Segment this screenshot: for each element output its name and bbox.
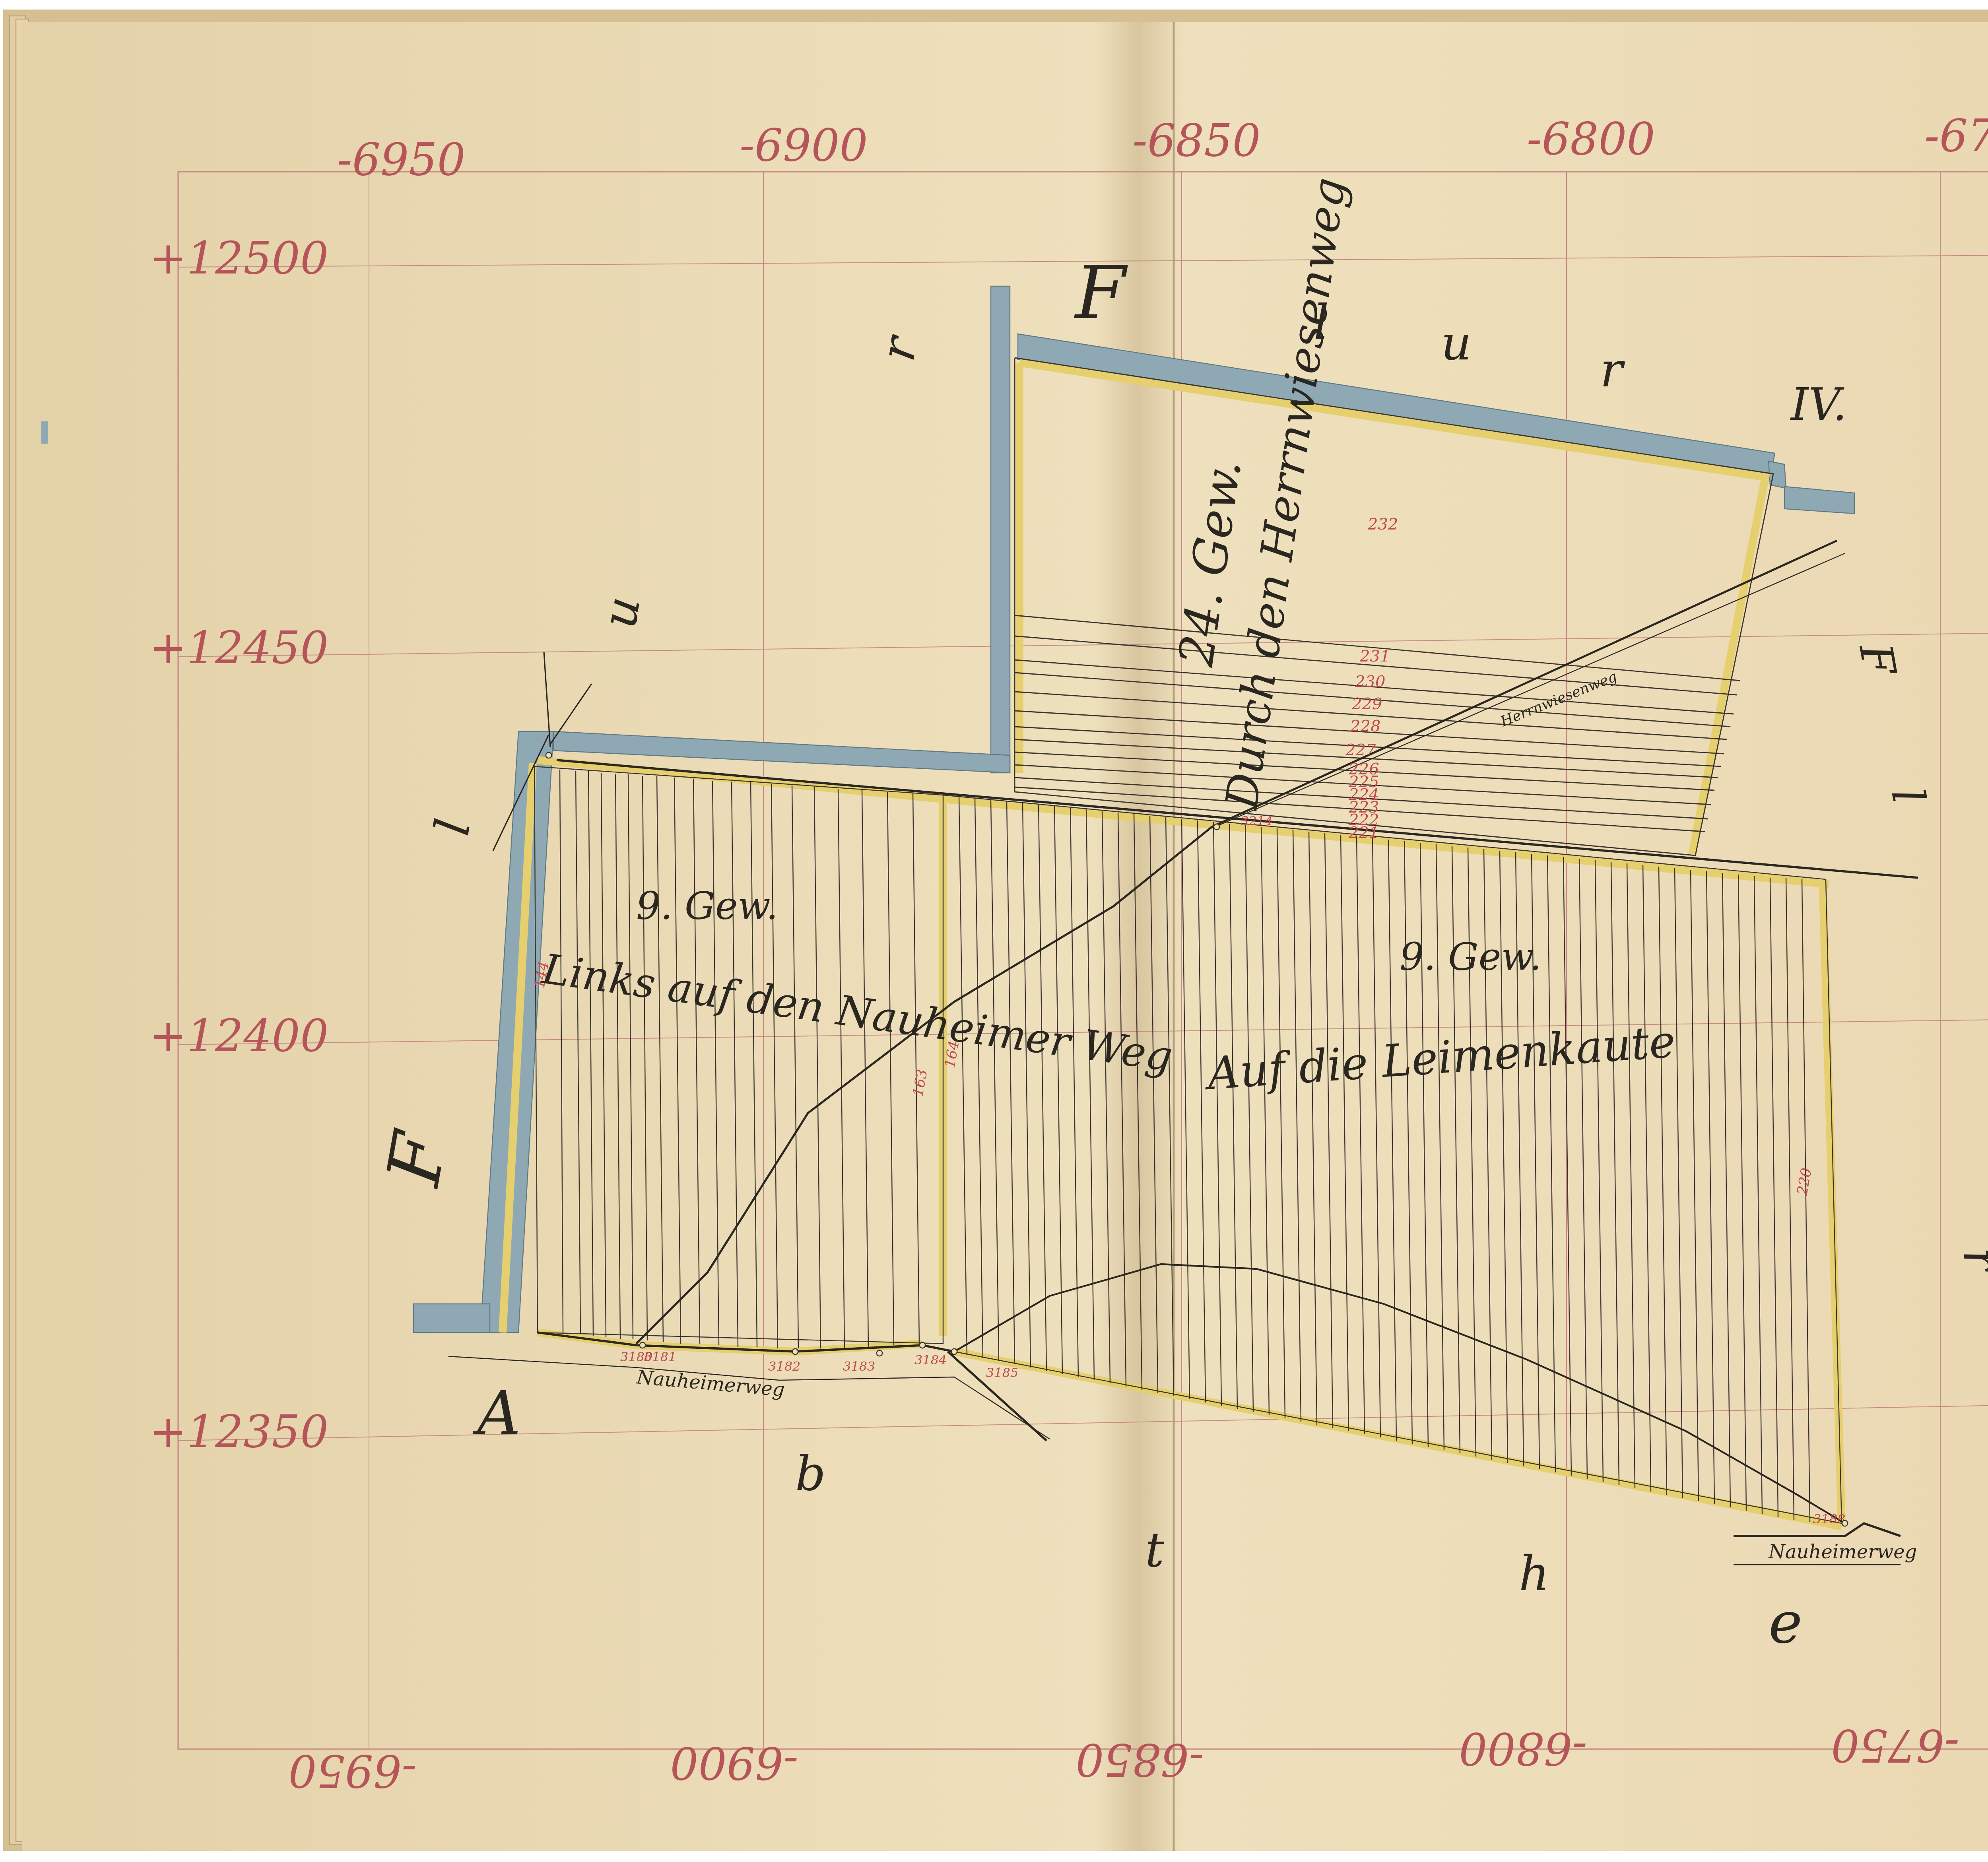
svg-text:228: 228 [1350, 717, 1380, 735]
flur-top-F: F [1074, 250, 1128, 336]
x-label-bottom-2: -6900 [670, 1737, 798, 1788]
x-label-top-5: -6750 [1924, 110, 1988, 162]
x-label-bottom-3: -6850 [1076, 1734, 1204, 1785]
flur-bottom-h: h [1519, 1546, 1549, 1602]
flur-bottom-e: e [1769, 1589, 1802, 1656]
svg-text:231: 231 [1359, 647, 1390, 665]
x-label-top-1: -6950 [337, 134, 466, 186]
flur-top-IV: IV. [1790, 379, 1847, 431]
flur-bottom-b: b [795, 1446, 826, 1501]
right-gewann-number: 9. Gew. [1400, 935, 1541, 979]
svg-text:3188: 3188 [1813, 1511, 1845, 1526]
ditch-bottom-stub [414, 1304, 490, 1332]
x-label-top-4: -6800 [1527, 113, 1655, 165]
flur-top-u: u [1441, 316, 1472, 371]
x-label-bottom-1: -6950 [288, 1745, 417, 1796]
svg-text:221: 221 [1348, 824, 1379, 842]
svg-text:227: 227 [1345, 741, 1376, 759]
svg-text:232: 232 [1367, 515, 1398, 533]
svg-text:3184: 3184 [914, 1352, 947, 1367]
flur-top-r: r [1600, 343, 1625, 398]
map-page: -6950 -6900 -6850 -6800 -6750 -6950 -690… [0, 0, 1988, 1862]
svg-text:3181: 3181 [644, 1349, 676, 1364]
left-gewann-number: 9. Gew. [636, 884, 778, 928]
y-label-left-4: +12350 [149, 1406, 328, 1458]
road-name-bottom-right: Nauheimerweg [1768, 1541, 1917, 1563]
y-label-left-2: +12450 [149, 622, 328, 674]
x-label-bottom-4: -6800 [1459, 1722, 1587, 1774]
flur-bottom-t: t [1145, 1523, 1165, 1578]
y-label-left-3: +12400 [149, 1010, 328, 1062]
svg-text:3185: 3185 [986, 1365, 1018, 1380]
cadastral-map-svg: -6950 -6900 -6850 -6800 -6750 -6950 -690… [0, 0, 1988, 1862]
x-label-top-2: -6900 [740, 120, 868, 171]
ditch-vertical-upper [991, 286, 1010, 773]
svg-text:3183: 3183 [843, 1359, 875, 1374]
y-label-left-1: +12500 [149, 233, 328, 284]
x-label-bottom-5: -6750 [1831, 1719, 1959, 1771]
svg-text:3182: 3182 [768, 1359, 800, 1374]
svg-text:230: 230 [1355, 673, 1385, 691]
x-label-top-3: -6850 [1132, 115, 1261, 167]
flur-bottom-A: A [472, 1378, 521, 1449]
svg-text:229: 229 [1351, 695, 1382, 713]
svg-text:3214: 3214 [1241, 813, 1273, 828]
